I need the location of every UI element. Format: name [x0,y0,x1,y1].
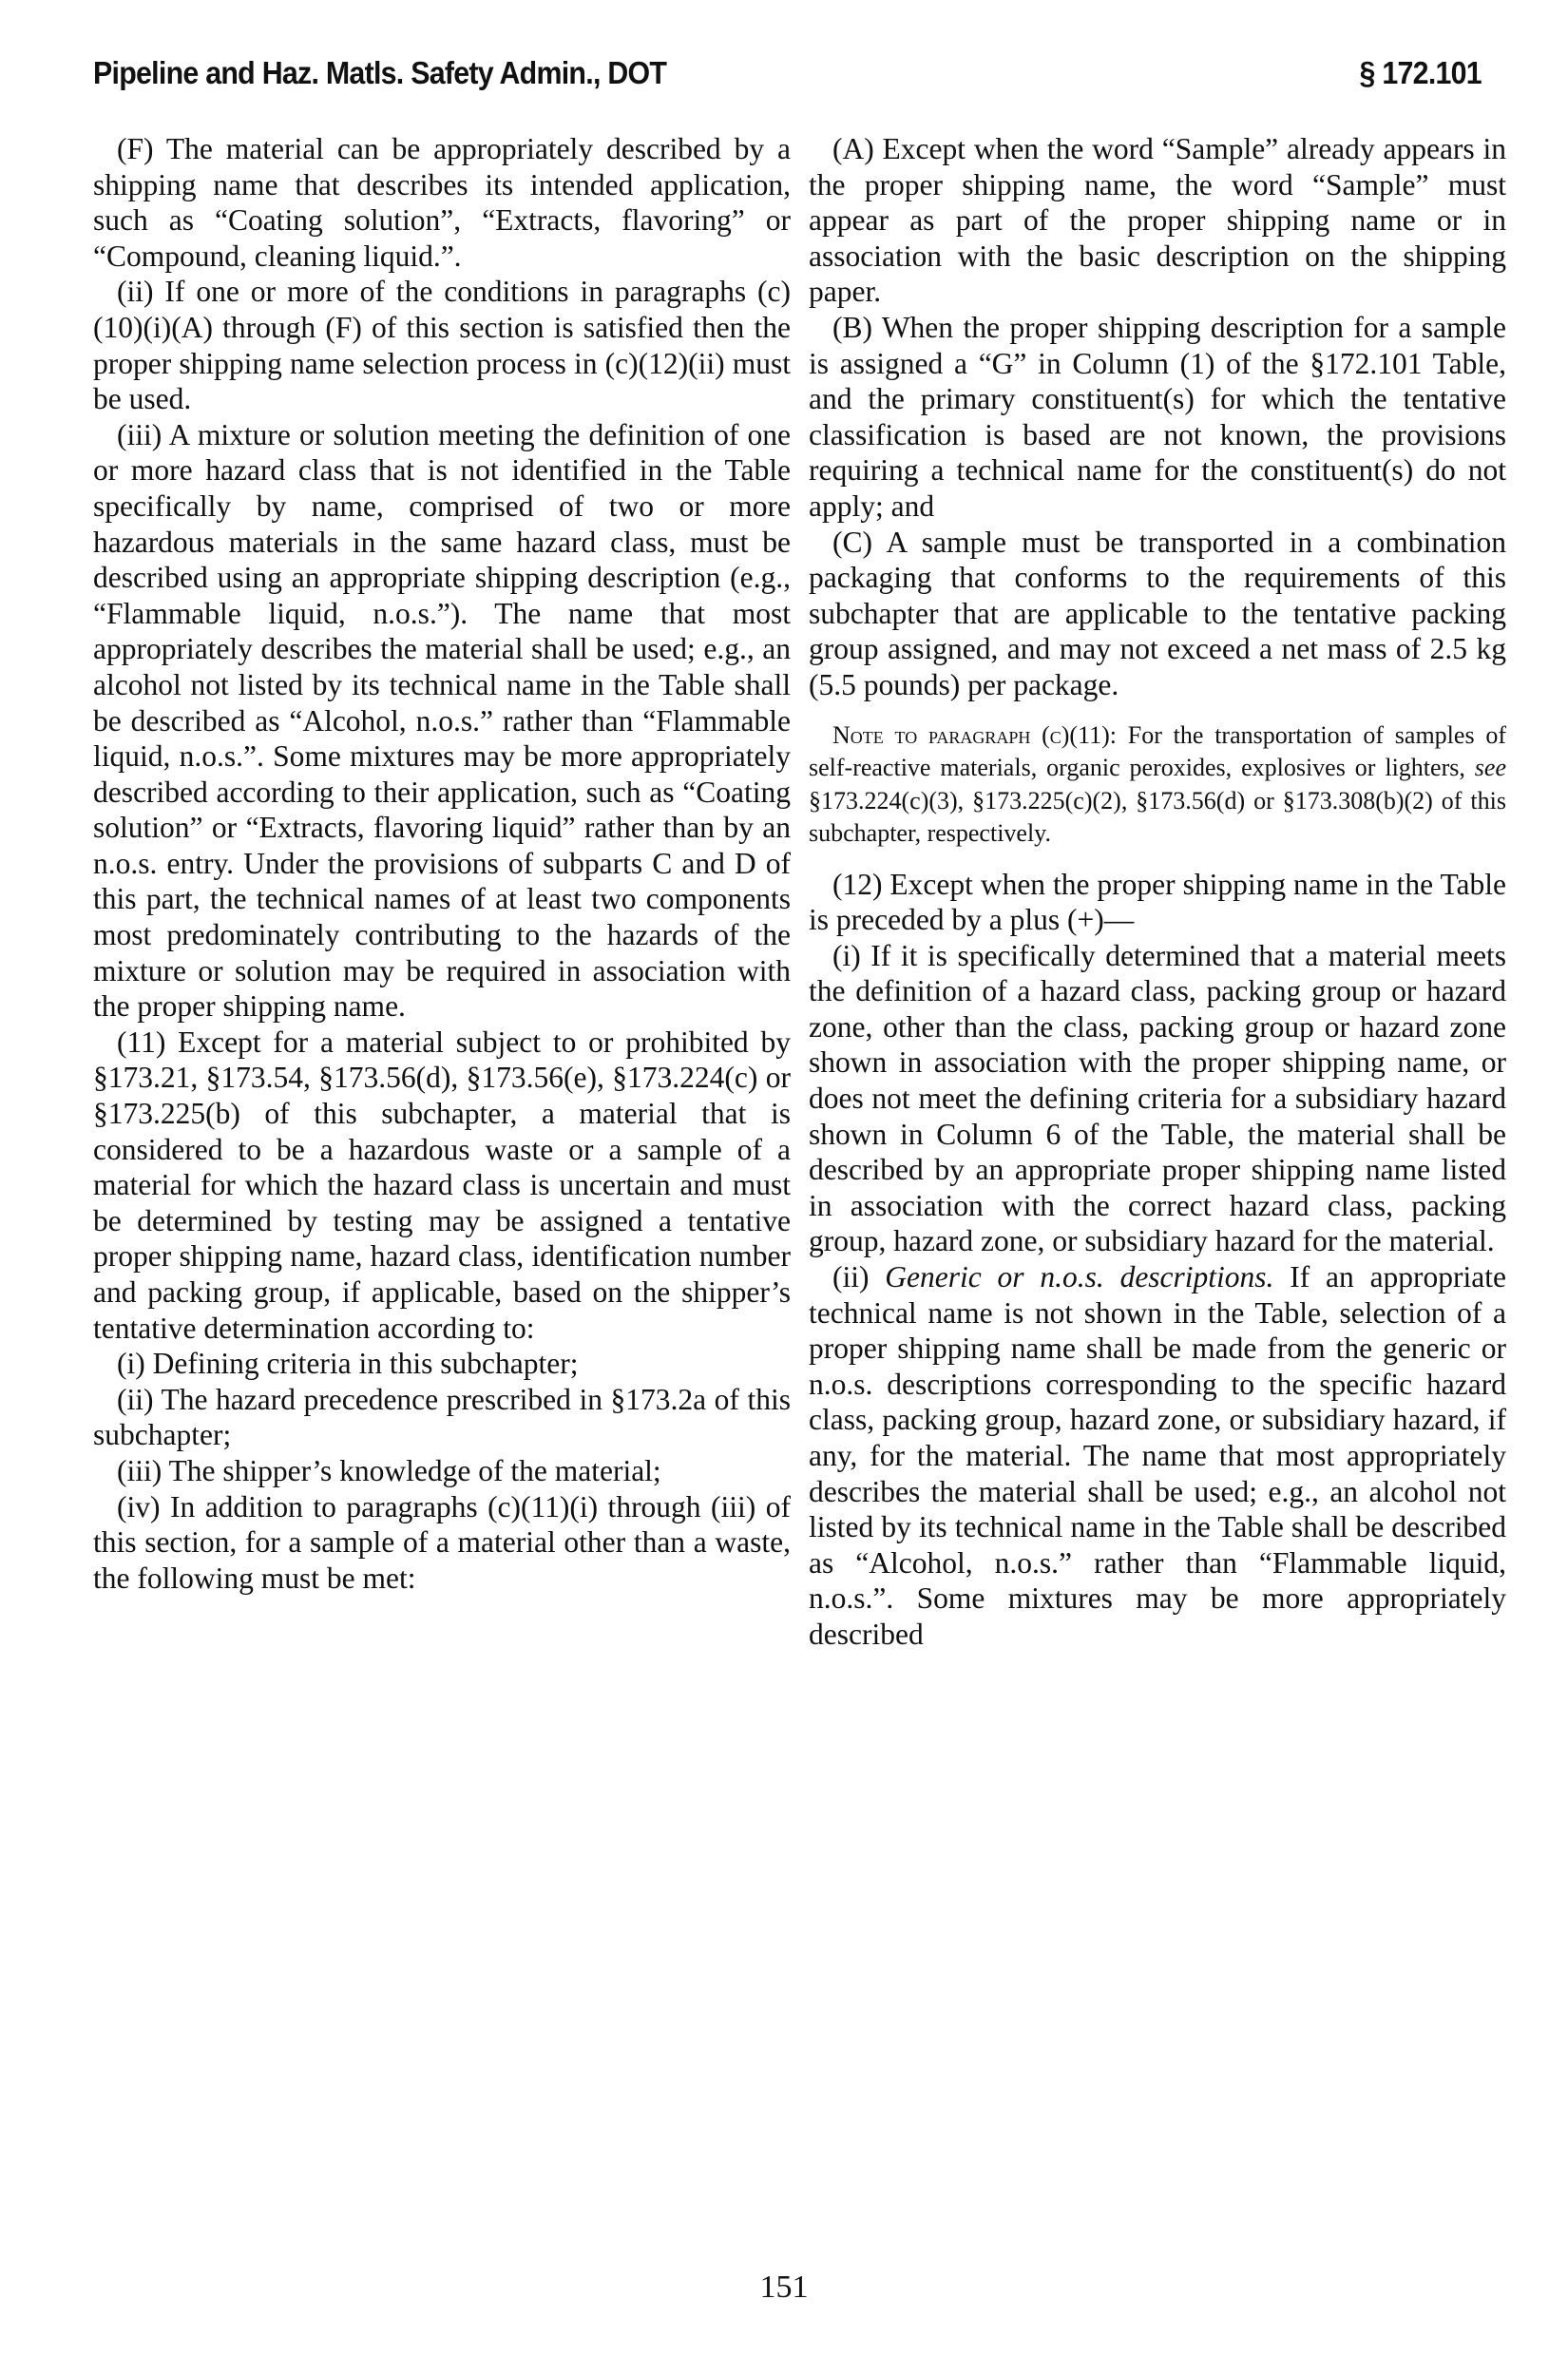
paragraph-c12-ii: (ii) Generic or n.o.s. descriptions. If … [809,1259,1506,1653]
paragraph-c11-ii: (ii) The hazard precedence prescribed in… [93,1382,791,1453]
paragraph-c11-iv-A: (A) Except when the word “Sample” alread… [809,131,1506,310]
running-title: Pipeline and Haz. Matls. Safety Admin., … [93,55,666,91]
paragraph-c10-ii: (ii) If one or more of the conditions in… [93,274,791,416]
paragraph-c10-iii: (iii) A mixture or solution meeting the … [93,417,791,1025]
note-label: Note to paragraph (c)(11): [832,721,1117,749]
left-column: (F) The material can be appropriately de… [93,131,791,1596]
paragraph-c11-i: (i) Defining criteria in this subchapter… [93,1346,791,1382]
right-column: (A) Except when the word “Sample” alread… [809,131,1506,1653]
page-number: 151 [0,2270,1568,2306]
paragraph-c11: (11) Except for a material subject to or… [93,1025,791,1346]
note-text-2: §173.224(c)(3), §173.225(c)(2), §173.56(… [809,787,1506,848]
paragraph-c12-i: (i) If it is specifically determined tha… [809,938,1506,1259]
paragraph-c11-iv-C: (C) A sample must be transported in a co… [809,525,1506,703]
note-paragraph-c11: Note to paragraph (c)(11): For the trans… [809,719,1506,851]
paragraph-c10-i-F: (F) The material can be appropriately de… [93,131,791,274]
paragraph-c12: (12) Except when the proper shipping nam… [809,867,1506,938]
running-header: Pipeline and Haz. Matls. Safety Admin., … [93,55,1377,103]
paragraph-c12-ii-prefix: (ii) [832,1260,885,1293]
paragraph-c11-iv-B: (B) When the proper shipping description… [809,310,1506,525]
paragraph-c11-iii: (iii) The shipper’s knowledge of the mat… [93,1453,791,1489]
paragraph-c11-iv: (iv) In addition to paragraphs (c)(11)(i… [93,1489,791,1597]
section-number: § 172.101 [1360,55,1482,91]
paragraph-c12-ii-text: If an appropriate technical name is not … [809,1260,1506,1651]
paragraph-c12-ii-heading: Generic or n.o.s. descriptions. [885,1260,1273,1293]
note-see: see [1475,754,1506,781]
